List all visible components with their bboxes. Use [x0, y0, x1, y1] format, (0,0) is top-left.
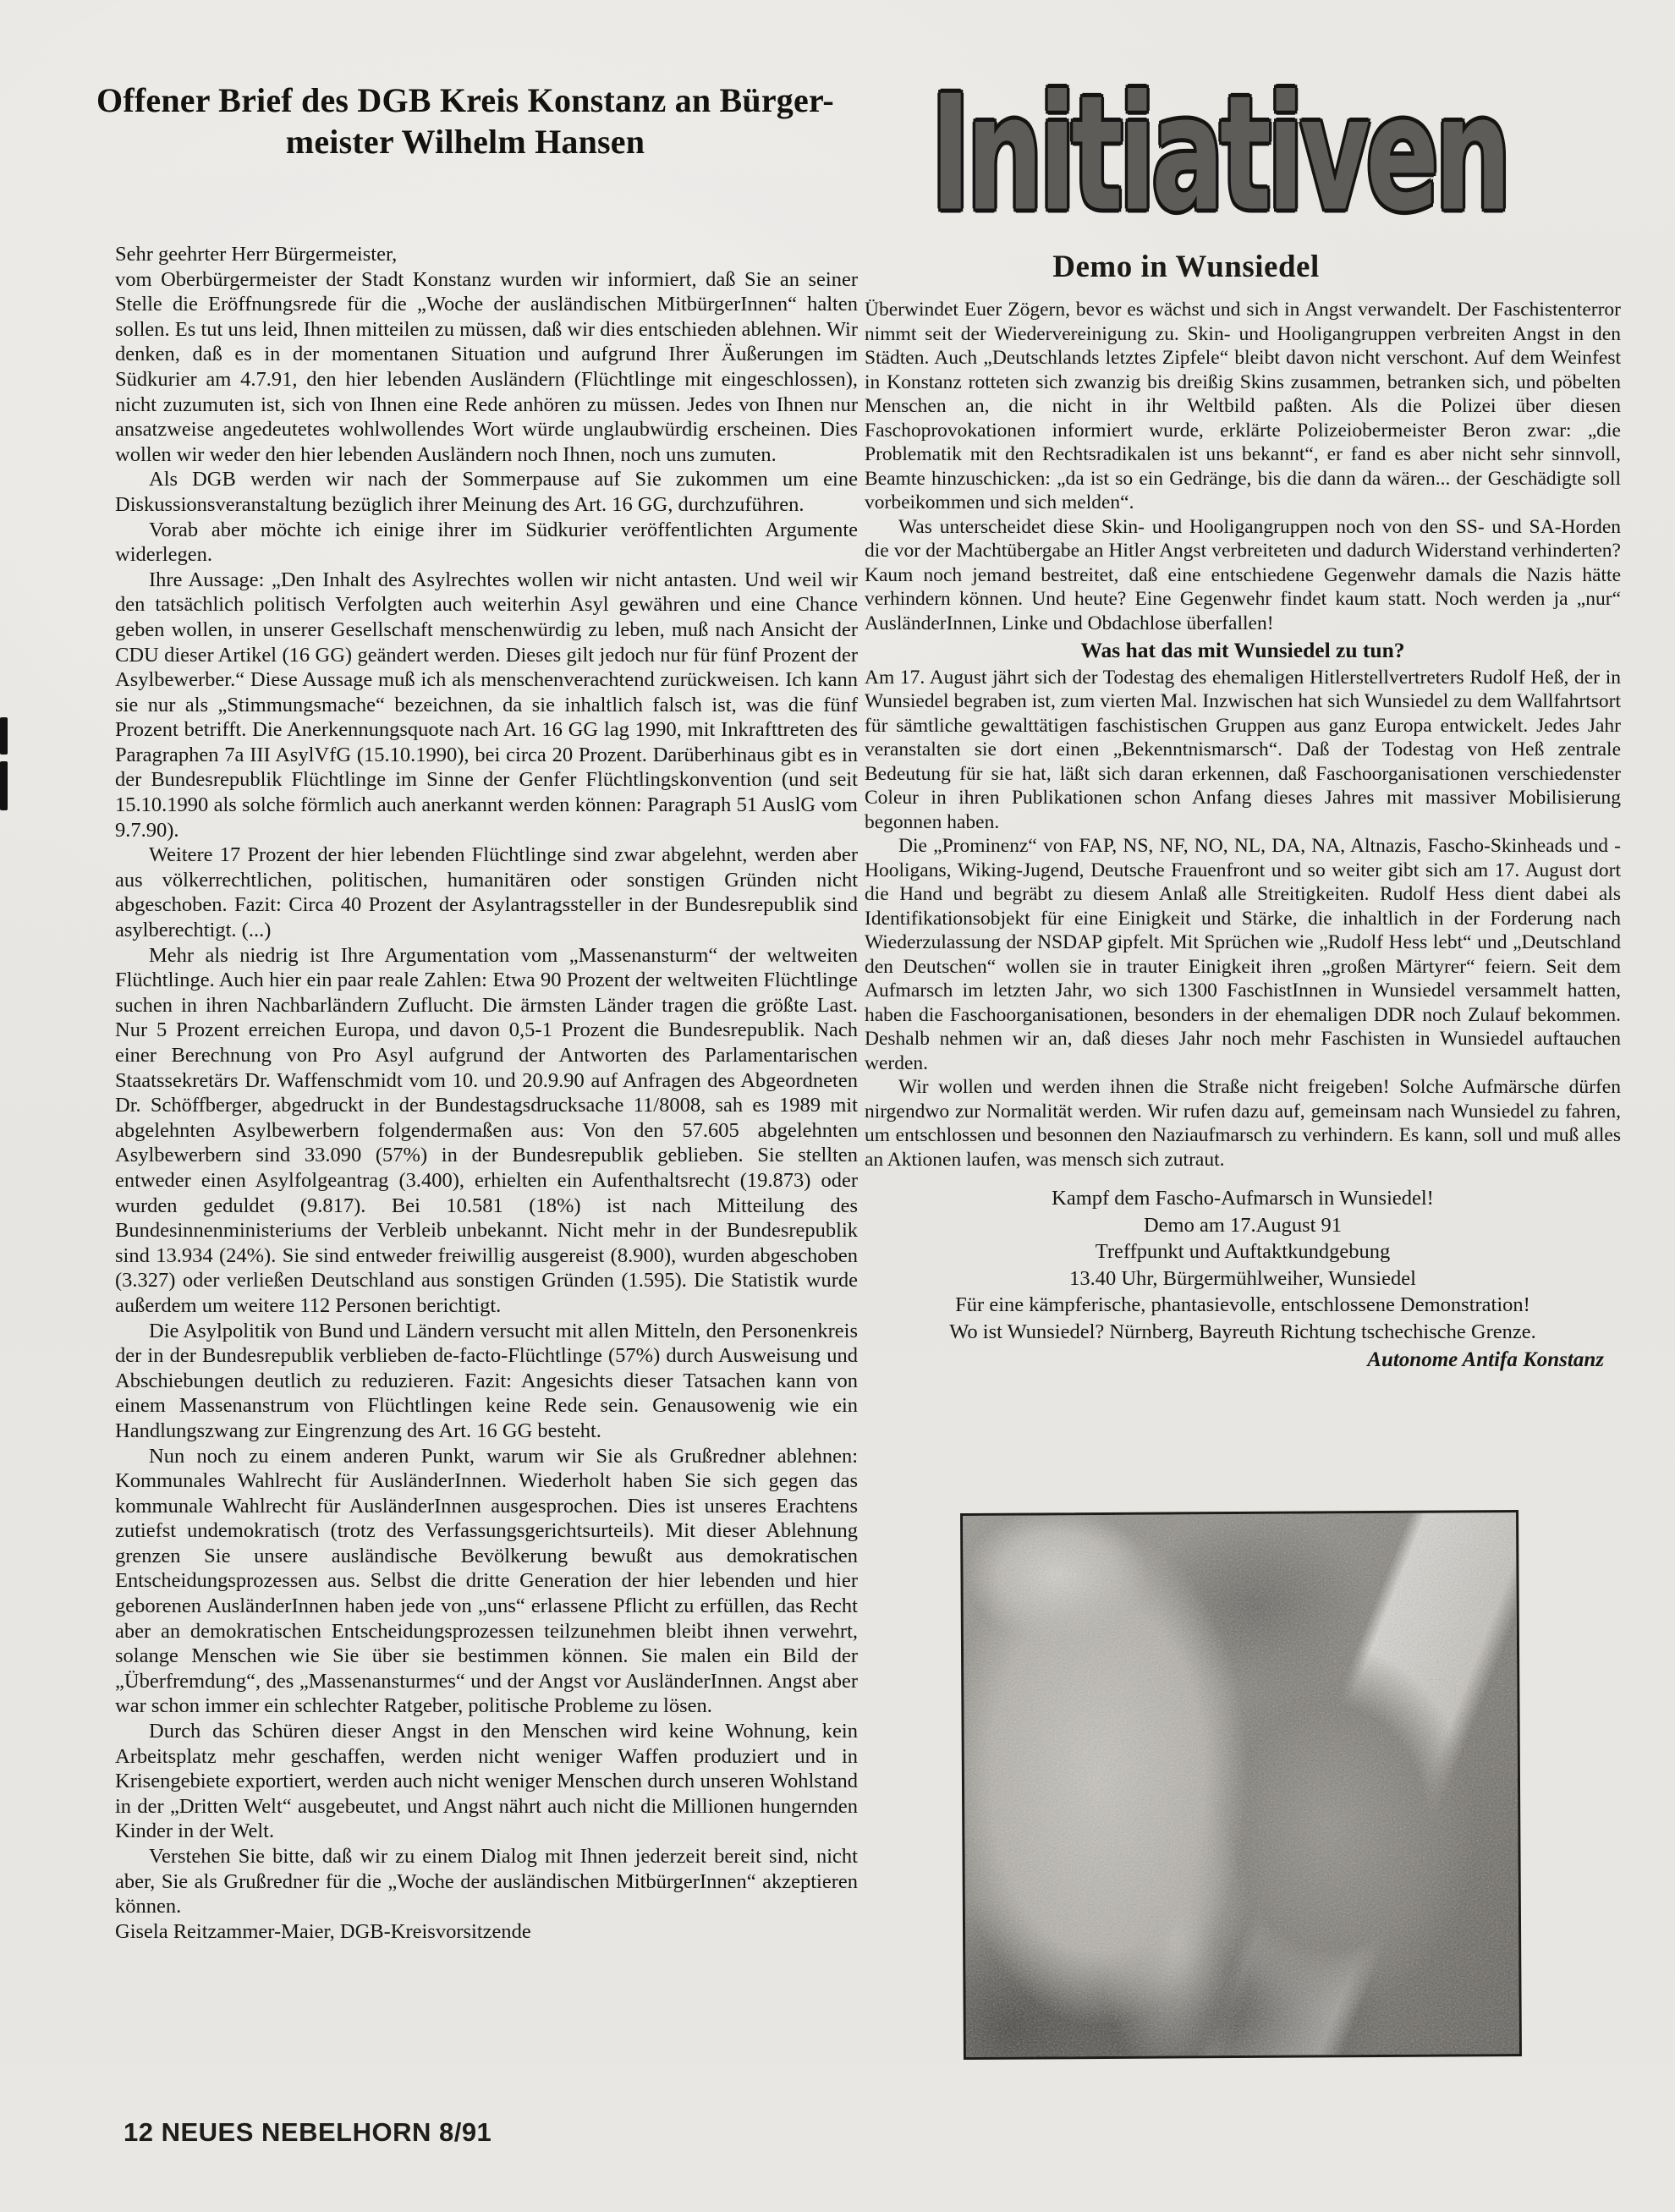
- article-paragraphs-before: Überwindet Euer Zögern, bevor es wächst …: [865, 298, 1621, 635]
- letter-paragraph: Durch das Schüren dieser Angst in den Me…: [115, 1719, 858, 1844]
- article-paragraph: Überwindet Euer Zögern, bevor es wächst …: [865, 298, 1621, 515]
- letter-paragraph: Als DGB werden wir nach der Sommerpause …: [115, 467, 858, 517]
- demo-announcement: Kampf dem Fascho-Aufmarsch in Wunsiedel!…: [865, 1185, 1621, 1345]
- article-paragraph: Am 17. August jährt sich der Todestag de…: [865, 666, 1621, 835]
- title-line-2: meister Wilhelm Hansen: [286, 123, 645, 161]
- announcement-line: Kampf dem Fascho-Aufmarsch in Wunsiedel!: [865, 1185, 1621, 1212]
- article-paragraph: Was unterscheidet diese Skin- und Hoolig…: [865, 515, 1621, 636]
- letter-paragraph: Ihre Aussage: „Den Inhalt des Asylrechte…: [115, 568, 858, 843]
- letter-paragraph: vom Oberbürgermeister der Stadt Konstanz…: [115, 267, 858, 468]
- binding-mark: [0, 761, 8, 810]
- letter-paragraph: Die Asylpolitik von Bund und Ländern ver…: [115, 1319, 858, 1444]
- photo-grain-texture: [963, 1512, 1519, 2057]
- announcement-line: Treffpunkt und Auftaktkundgebung: [865, 1238, 1621, 1265]
- article-paragraphs-after: Am 17. August jährt sich der Todestag de…: [865, 666, 1621, 1172]
- letter-paragraph: Vorab aber möchte ich einige ihrer im Sü…: [115, 518, 858, 568]
- section-masthead: Initiativen: [931, 63, 1506, 247]
- article-paragraph: Die „Prominenz“ von FAP, NS, NF, NO, NL,…: [865, 834, 1621, 1075]
- article-heading: Demo in Wunsiedel: [865, 249, 1507, 285]
- letter-paragraph: Mehr als niedrig ist Ihre Argumentation …: [115, 943, 858, 1319]
- letter-paragraph: Gisela Reitzammer-Maier, DGB-Kreisvorsit…: [115, 1919, 858, 1945]
- binding-mark: [0, 717, 8, 755]
- article-paragraph: Wir wollen und werden ihnen die Straße n…: [865, 1075, 1621, 1172]
- article-byline: Autonome Antifa Konstanz: [865, 1348, 1604, 1373]
- scanned-zine-page: Offener Brief des DGB Kreis Konstanz an …: [0, 0, 1675, 2212]
- letter-paragraph: Verstehen Sie bitte, daß wir zu einem Di…: [115, 1844, 858, 1919]
- announcement-line: 13.40 Uhr, Bürgermühlweiher, Wunsiedel: [865, 1265, 1621, 1293]
- announcement-line: Für eine kämpferische, phantasievolle, e…: [865, 1292, 1621, 1319]
- article-body: Überwindet Euer Zögern, bevor es wächst …: [865, 298, 1621, 1373]
- announcement-line: Demo am 17.August 91: [865, 1212, 1621, 1239]
- open-letter-title: Offener Brief des DGB Kreis Konstanz an …: [85, 80, 846, 162]
- open-letter-body: Sehr geehrter Herr Bürgermeister,vom Obe…: [115, 242, 858, 1944]
- announcement-line: Wo ist Wunsiedel? Nürnberg, Bayreuth Ric…: [865, 1319, 1621, 1346]
- article-subheading: Was hat das mit Wunsiedel zu tun?: [865, 639, 1621, 663]
- page-footer: 12 NEUES NEBELHORN 8/91: [124, 2117, 492, 2148]
- news-photo-street-scuffle: [960, 1510, 1522, 2060]
- title-line-1: Offener Brief des DGB Kreis Konstanz an …: [96, 81, 834, 119]
- letter-paragraph: Sehr geehrter Herr Bürgermeister,: [115, 242, 858, 267]
- letter-paragraph: Nun noch zu einem anderen Punkt, warum w…: [115, 1444, 858, 1720]
- letter-paragraph: Weitere 17 Prozent der hier lebenden Flü…: [115, 843, 858, 942]
